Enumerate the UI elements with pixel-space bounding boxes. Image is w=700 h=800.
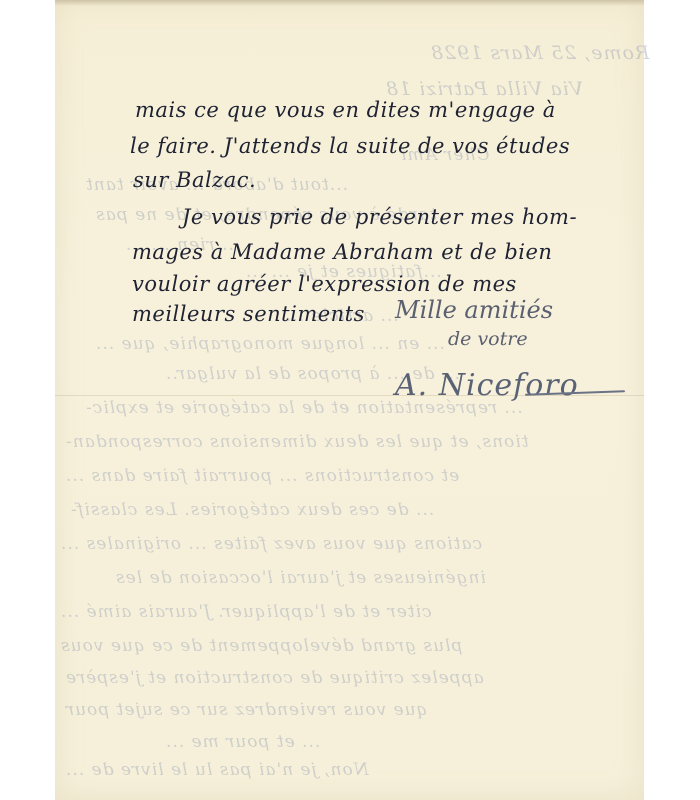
- body-line-6: vouloir agréer l'expression de mes: [132, 272, 517, 296]
- closing-line-2: de votre: [448, 328, 528, 350]
- showthrough-line: Non, je n'ai pas lu le livre de ...: [65, 760, 369, 780]
- showthrough-line: ... de ces deux catégories. Les classif-: [70, 500, 434, 520]
- showthrough-line: ... et pour me ...: [165, 732, 320, 752]
- paper-top-edge: [55, 0, 644, 6]
- body-line-7: meilleurs sentiments: [132, 302, 365, 326]
- showthrough-address: Via Villa Patrizi 18: [385, 78, 583, 100]
- showthrough-line: appelez critique de construction et j'es…: [65, 668, 484, 688]
- letter-paper: Rome, 25 Mars 1928 Via Villa Patrizi 18 …: [55, 0, 644, 800]
- body-line-4: Je vous prie de présenter mes hom-: [182, 205, 577, 229]
- body-line-2: le faire. J'attends la suite de vos étud…: [130, 134, 570, 158]
- showthrough-line: citer et de l'appliquer. J'aurais aimé .…: [60, 602, 432, 622]
- body-line-1: mais ce que vous en dites m'engage à: [135, 98, 556, 122]
- showthrough-line: et constructions ... pourrait faire dans…: [65, 466, 459, 486]
- showthrough-line: ... en ... longue monographie, que ...: [95, 334, 445, 354]
- showthrough-line: cations que vous avez faites ... origina…: [60, 534, 482, 554]
- showthrough-line: plus grand développement de ce que vous: [60, 636, 462, 656]
- showthrough-line: ingénieuses et j'aurai l'occasion de les: [115, 568, 486, 588]
- body-line-3: sur Balzac.: [133, 168, 256, 192]
- body-line-5: mages à Madame Abraham et de bien: [132, 240, 552, 264]
- closing-line-1: Mille amitiés: [395, 296, 553, 324]
- signature: A. Niceforo: [395, 368, 579, 403]
- showthrough-line: tions, et que les deux dimensions corres…: [65, 432, 529, 452]
- showthrough-place-date: Rome, 25 Mars 1928: [430, 42, 649, 64]
- showthrough-line: que vous reviendrez sur ce sujet pour: [65, 700, 428, 720]
